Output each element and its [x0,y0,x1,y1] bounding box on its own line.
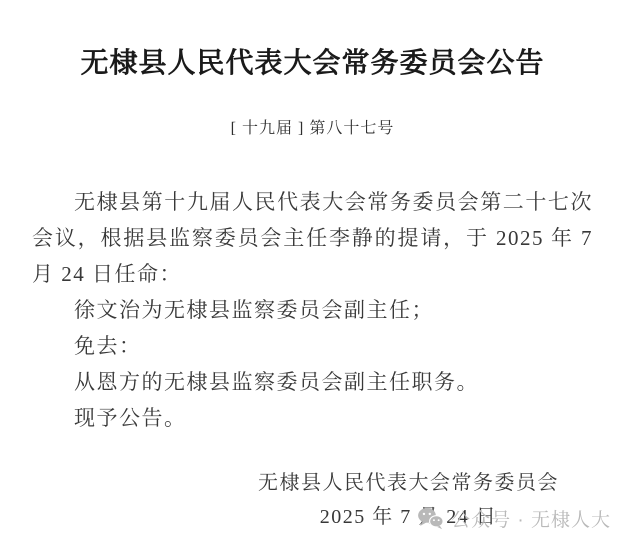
watermark-text: 公众号 · 无棣人大 [451,505,611,532]
body-paragraph-appointee: 徐文治为无棣县监察委员会副主任； [32,292,593,328]
signature-organization: 无棣县人民代表大会常务委员会 [258,466,559,500]
wechat-icon [417,507,444,530]
announcement-document: 无棣县人民代表大会常务委员会公告 [ 十九届 ] 第八十七号 无棣县第十九届人民… [0,0,625,542]
body-paragraph-appointment: 无棣县第十九届人民代表大会常务委员会第二十七次会议，根据县监察委员会主任李静的提… [32,184,593,292]
document-number: [ 十九届 ] 第八十七号 [0,118,625,140]
body-paragraph-removal-header: 免去： [32,328,593,364]
wechat-watermark: 公众号 · 无棣人大 [417,505,611,532]
document-body: 无棣县第十九届人民代表大会常务委员会第二十七次会议，根据县监察委员会主任李静的提… [32,184,593,436]
body-paragraph-removal: 从恩方的无棣县监察委员会副主任职务。 [32,364,593,400]
body-paragraph-closing: 现予公告。 [32,400,593,436]
document-title: 无棣县人民代表大会常务委员会公告 [32,46,593,82]
